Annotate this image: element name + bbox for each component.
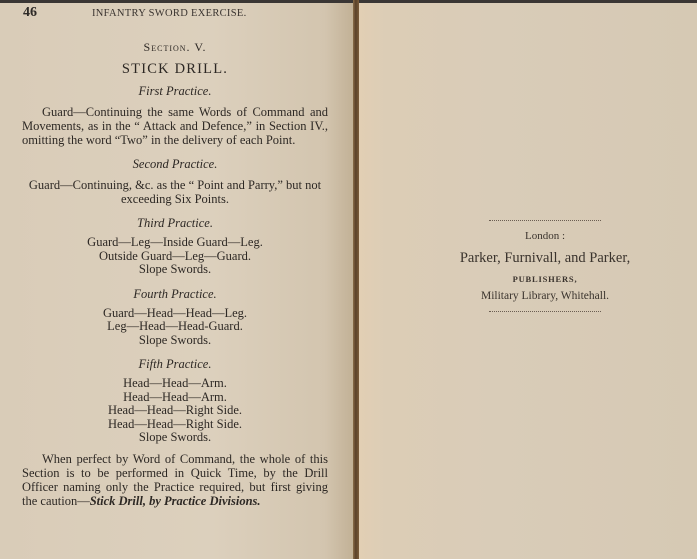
practice-title-second: Second Practice. <box>22 157 328 171</box>
imprint-publisher: Parker, Furnivall, and Parker, <box>430 250 660 267</box>
left-page-content: Section. V. STICK DRILL. First Practice.… <box>22 40 328 508</box>
show-through-text: ​ <box>380 48 680 60</box>
running-title: INFANTRY SWORD EXERCISE. <box>92 8 247 19</box>
publisher-imprint: London : Parker, Furnivall, and Parker, … <box>430 220 660 312</box>
drill-line: Guard—Head—Head—Leg. <box>22 307 328 321</box>
drill-line: Head—Head—Arm. <box>22 377 328 391</box>
imprint-city: London : <box>430 230 660 242</box>
imprint-address: Military Library, Whitehall. <box>430 290 660 302</box>
drill-line: Head—Head—Right Side. <box>22 404 328 418</box>
practice-lines-fifth: Head—Head—Arm. Head—Head—Arm. Head—Head—… <box>22 377 328 445</box>
drill-line: Guard—Leg—Inside Guard—Leg. <box>22 236 328 250</box>
drill-line: Slope Swords. <box>22 334 328 348</box>
practice-text-second: Guard—Continuing, &c. as the “ Point and… <box>22 178 328 206</box>
imprint-role: PUBLISHERS, <box>430 274 660 284</box>
practice-title-first: First Practice. <box>22 84 328 98</box>
closing-paragraph: When perfect by Word of Command, the who… <box>22 452 328 508</box>
closing-caution: Stick Drill, by Practice Divisions. <box>90 494 261 508</box>
section-title: STICK DRILL. <box>22 62 328 76</box>
practice-title-fourth: Fourth Practice. <box>22 287 328 301</box>
drill-line: Head—Head—Right Side. <box>22 418 328 432</box>
practice-text-first: Guard—Continuing the same Words of Comma… <box>22 105 328 147</box>
drill-line: Slope Swords. <box>22 431 328 445</box>
drill-line: Slope Swords. <box>22 263 328 277</box>
decorative-rule-bottom <box>489 311 601 312</box>
practice-title-fifth: Fifth Practice. <box>22 357 328 371</box>
practice-lines-fourth: Guard—Head—Head—Leg. Leg—Head—Head-Guard… <box>22 307 328 348</box>
section-label: Section. V. <box>22 40 328 54</box>
drill-line: Outside Guard—Leg—Guard. <box>22 250 328 264</box>
practice-lines-third: Guard—Leg—Inside Guard—Leg. Outside Guar… <box>22 236 328 277</box>
decorative-rule-top <box>489 220 601 221</box>
drill-line: Leg—Head—Head-Guard. <box>22 320 328 334</box>
running-head: 46 INFANTRY SWORD EXERCISE. <box>0 5 353 25</box>
drill-line: Head—Head—Arm. <box>22 391 328 405</box>
practice-title-third: Third Practice. <box>22 216 328 230</box>
page-number: 46 <box>23 5 37 21</box>
